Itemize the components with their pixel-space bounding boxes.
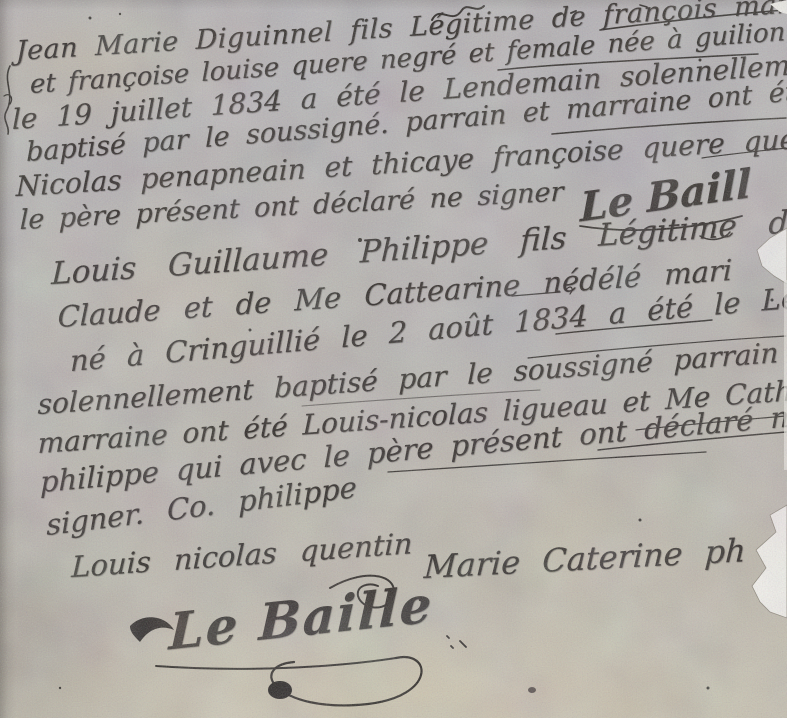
document-scan: Jean Marie Diguinnel fils Légitime de fr… — [0, 0, 787, 718]
